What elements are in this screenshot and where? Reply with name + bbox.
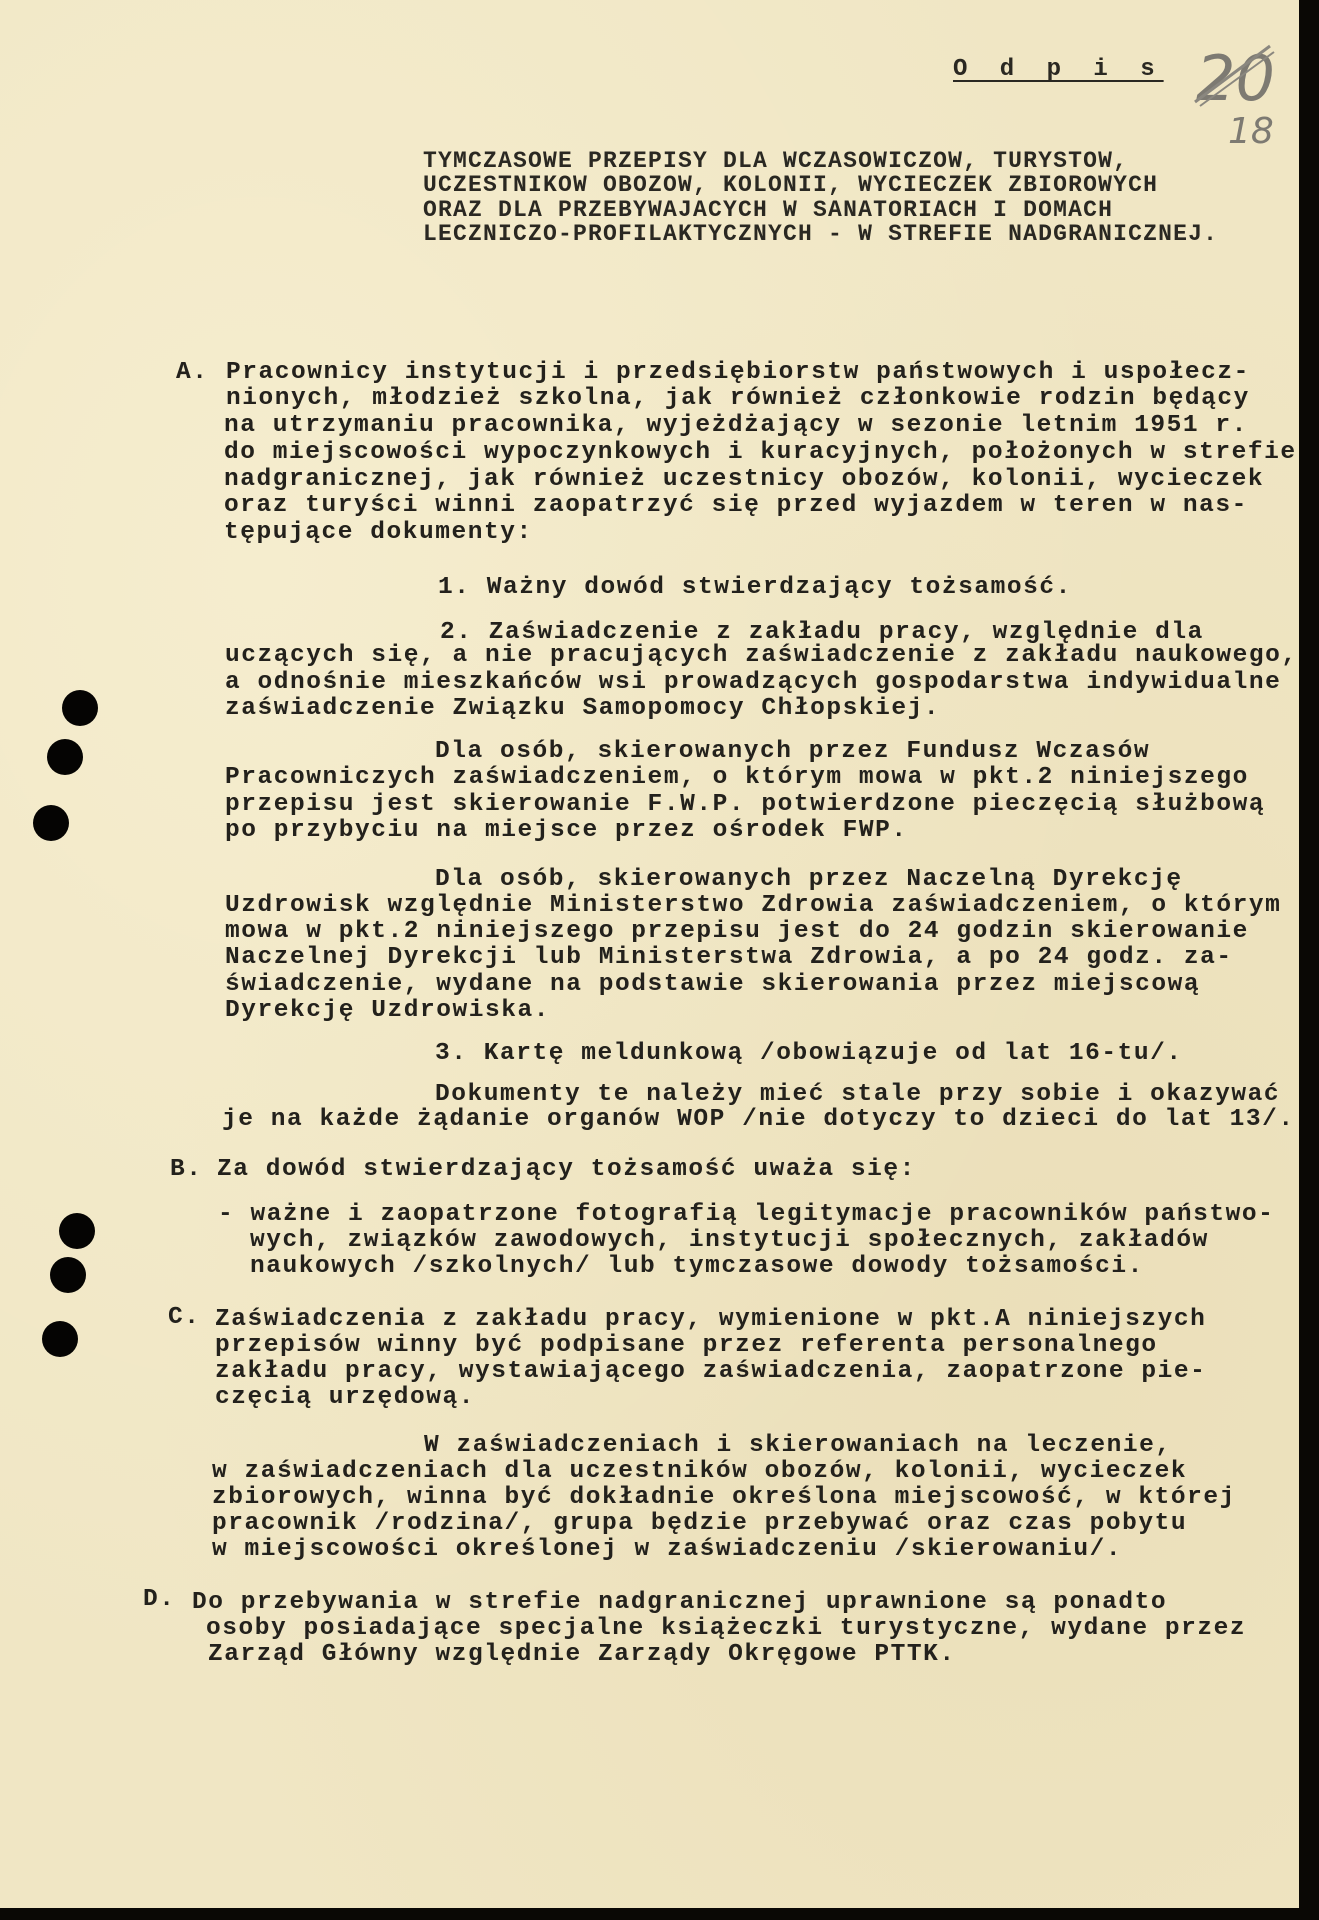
- paragraph-line: na utrzymaniu pracownika, wyjeżdżający w…: [224, 413, 1248, 439]
- paragraph-line: pracownik /rodzina/, grupa będzie przeby…: [212, 1511, 1187, 1537]
- paragraph-line: wych, związków zawodowych, instytucji sp…: [250, 1228, 1209, 1254]
- paragraph-line: Pracowniczych zaświadczeniem, o którym m…: [225, 765, 1249, 791]
- section-marker: B.: [170, 1157, 203, 1183]
- copy-label: O d p i s: [953, 56, 1164, 83]
- paragraph-line: Do przebywania w strefie nadgranicznej u…: [192, 1590, 1167, 1616]
- paragraph-line: W zaświadczeniach i skierowaniach na lec…: [424, 1433, 1172, 1459]
- pencil-page-number: 18: [1228, 114, 1274, 150]
- paragraph-line: Dokumenty te należy mieć stale przy sobi…: [435, 1082, 1280, 1108]
- paragraph-line: a odnośnie mieszkańców wsi prowadzących …: [225, 670, 1281, 696]
- punch-hole-icon: [62, 690, 98, 726]
- title-line: TYMCZASOWE PRZEPISY DLA WCZASOWICZOW, TU…: [423, 148, 1128, 174]
- paragraph-line: tępujące dokumenty:: [224, 520, 533, 546]
- punch-hole-icon: [47, 739, 83, 775]
- paragraph-line: Dyrekcję Uzdrowiska.: [225, 998, 550, 1024]
- section-marker: C.: [168, 1305, 201, 1331]
- paragraph-line: zaświadczenie Związku Samopomocy Chłopsk…: [225, 696, 940, 722]
- punch-hole-icon: [59, 1213, 95, 1249]
- section-marker: A.: [176, 360, 209, 386]
- paragraph-line: Dla osób, skierowanych przez Naczelną Dy…: [435, 867, 1183, 893]
- paragraph-line: świadczenie, wydane na podstawie skierow…: [225, 972, 1200, 998]
- section-heading: Za dowód stwierdzający tożsamość uważa s…: [217, 1157, 916, 1183]
- bullet-line: - ważne i zaopatrzone fotografią legitym…: [218, 1202, 1274, 1228]
- paragraph-line: przepisów winny być podpisane przez refe…: [215, 1333, 1158, 1359]
- strike-through-icon: [1190, 42, 1280, 112]
- punch-hole-icon: [50, 1257, 86, 1293]
- paragraph-line: je na każde żądanie organów WOP /nie dot…: [222, 1107, 1295, 1133]
- paragraph-line: po przybyciu na miejsce przez ośrodek FW…: [225, 818, 908, 844]
- title-line: ORAZ DLA PRZEBYWAJACYCH W SANATORIACH I …: [423, 197, 1113, 223]
- punch-hole-icon: [42, 1321, 78, 1357]
- title-line: LECZNICZO-PROFILAKTYCZNYCH - W STREFIE N…: [423, 221, 1218, 247]
- paragraph-line: zbiorowych, winna być dokładnie określon…: [212, 1485, 1236, 1511]
- paragraph-line: oraz turyści winni zaopatrzyć się przed …: [224, 493, 1248, 519]
- paragraph-line: Naczelnej Dyrekcji lub Ministerstwa Zdro…: [225, 945, 1233, 971]
- paragraph-line: nadgranicznej, jak również uczestnicy ob…: [224, 467, 1264, 493]
- pencil-crossed-number: 20: [1196, 48, 1275, 110]
- paragraph-line: uczących się, a nie pracujących zaświadc…: [225, 643, 1298, 669]
- section-marker: D.: [143, 1587, 176, 1613]
- paragraph-line: naukowych /szkolnych/ lub tymczasowe dow…: [250, 1254, 1144, 1280]
- paragraph-line: nionych, młodzież szkolna, jak również c…: [226, 386, 1250, 412]
- paragraph-line: przepisu jest skierowanie F.W.P. potwier…: [225, 792, 1265, 818]
- list-item-3: 3. Kartę meldunkową /obowiązuje od lat 1…: [435, 1041, 1183, 1067]
- paragraph-line: Zaświadczenia z zakładu pracy, wymienion…: [215, 1307, 1206, 1333]
- paragraph-line: Zarząd Główny względnie Zarządy Okręgowe…: [208, 1642, 956, 1668]
- punch-hole-icon: [33, 805, 69, 841]
- title-line: UCZESTNIKOW OBOZOW, KOLONII, WYCIECZEK Z…: [423, 172, 1158, 198]
- paragraph-line: częcią urzędową.: [215, 1385, 475, 1411]
- document-page: O d p i s 20 18 TYMCZASOWE PRZEPISY DLA …: [0, 0, 1299, 1908]
- paragraph-line: w zaświadczeniach dla uczestników obozów…: [212, 1459, 1187, 1485]
- paragraph-line: Pracownicy instytucji i przedsiębiorstw …: [226, 360, 1250, 386]
- paragraph-line: mowa w pkt.2 niniejszego przepisu jest d…: [225, 919, 1249, 945]
- paragraph-line: Dla osób, skierowanych przez Fundusz Wcz…: [435, 739, 1150, 765]
- paragraph-line: Uzdrowisk względnie Ministerstwo Zdrowia…: [225, 893, 1281, 919]
- paragraph-line: do miejscowości wypoczynkowych i kuracyj…: [224, 440, 1297, 466]
- paragraph-line: w miejscowości określonej w zaświadczeni…: [212, 1537, 1122, 1563]
- paragraph-line: zakładu pracy, wystawiającego zaświadcze…: [215, 1359, 1206, 1385]
- paragraph-line: osoby posiadające specjalne książeczki t…: [206, 1616, 1246, 1642]
- list-item-1: 1. Ważny dowód stwierdzający tożsamość.: [438, 575, 1072, 601]
